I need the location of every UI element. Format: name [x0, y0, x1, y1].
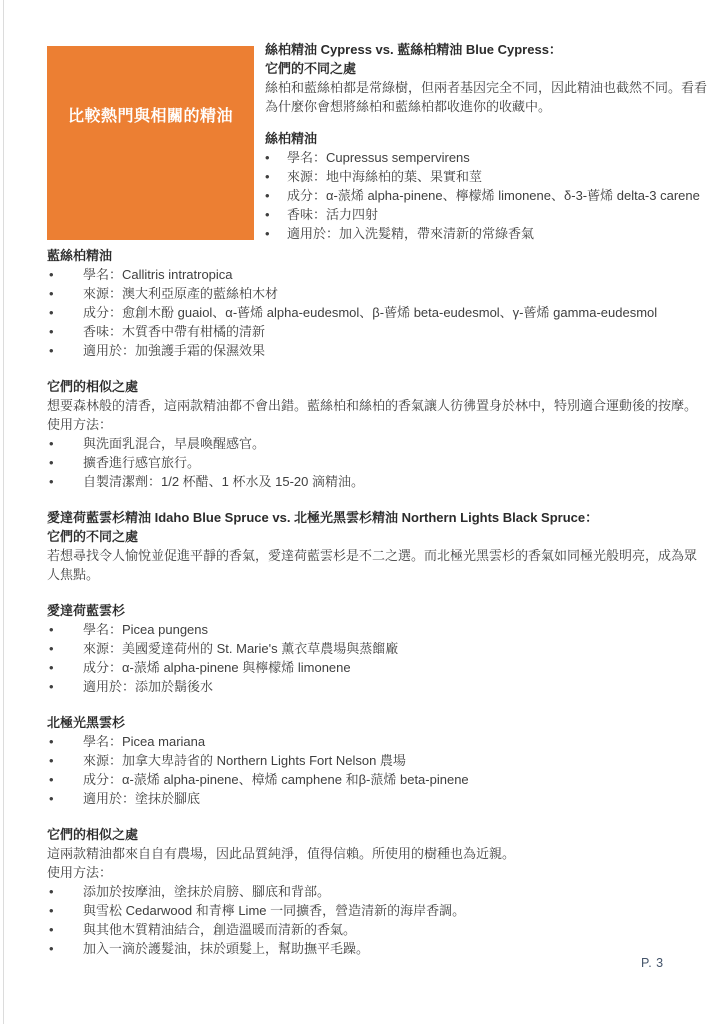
- page-number: P. 3: [641, 956, 664, 970]
- bullet-icon: •: [47, 434, 83, 453]
- paragraph: 想要森林般的清香，這兩款精油都不會出錯。藍絲柏和絲柏的香氣讓人彷彿置身於林中，特…: [47, 396, 705, 415]
- bullet-icon: •: [47, 341, 83, 360]
- list-item: •成分：α-蒎烯 alpha-pinene、樟烯 camphene 和β-蒎烯 …: [47, 770, 705, 789]
- list-item: •學名：Cupressus sempervirens: [265, 148, 717, 167]
- bullet-icon: •: [47, 639, 83, 658]
- section-text-section: 它們的相似之處這兩款精油都來自自有農場，因此品質純淨，值得信賴。所使用的樹種也為…: [47, 825, 705, 958]
- bullet-icon: •: [47, 901, 83, 920]
- bullet-list: •學名：Picea pungens•來源：美國愛達荷州的 St. Marie's…: [47, 620, 705, 696]
- list-item: •添加於按摩油，塗抹於肩膀、腳底和背部。: [47, 882, 705, 901]
- list-item-text: 適用於：加入洗髮精，帶來清新的常綠香氣: [287, 224, 534, 243]
- list-item: •香味：活力四射: [265, 205, 717, 224]
- section-heading: 愛達荷藍雲杉精油 Idaho Blue Spruce vs. 北極光黑雲杉精油 …: [47, 508, 705, 527]
- list-item-text: 來源：澳大利亞原產的藍絲柏木材: [83, 284, 278, 303]
- bullet-icon: •: [265, 224, 287, 243]
- list-item: •香味：木質香中帶有柑橘的清新: [47, 322, 705, 341]
- bullet-icon: •: [47, 322, 83, 341]
- bullet-icon: •: [265, 167, 287, 186]
- bullet-icon: •: [265, 186, 287, 205]
- bullet-list: •學名：Picea mariana•來源：加拿大卑詩省的 Northern Li…: [47, 732, 705, 808]
- differences-subheading: 它們的不同之處: [265, 59, 717, 78]
- paragraph: 使用方法：: [47, 415, 705, 434]
- cypress-subsection: 絲柏精油 •學名：Cupressus sempervirens•來源：地中海絲柏…: [265, 129, 717, 243]
- section-heading: 藍絲柏精油: [47, 246, 705, 265]
- section-heading: 北極光黑雲杉: [47, 713, 705, 732]
- list-item-text: 來源：地中海絲柏的葉、果實和莖: [287, 167, 482, 186]
- list-item-text: 學名：Picea mariana: [83, 732, 205, 751]
- bullet-list: •學名：Callitris intratropica•來源：澳大利亞原產的藍絲柏…: [47, 265, 705, 360]
- bullet-icon: •: [47, 732, 83, 751]
- bullet-icon: •: [265, 148, 287, 167]
- list-item: •來源：地中海絲柏的葉、果實和莖: [265, 167, 717, 186]
- list-item-text: 擴香進行感官旅行。: [83, 453, 200, 472]
- bullet-icon: •: [47, 453, 83, 472]
- list-item-text: 學名：Cupressus sempervirens: [287, 148, 470, 167]
- differences-subheading: 它們的不同之處: [47, 527, 705, 546]
- category-banner: 比較熱門與相關的精油: [47, 46, 254, 240]
- list-item: •學名：Picea mariana: [47, 732, 705, 751]
- bullet-list: •學名：Cupressus sempervirens•來源：地中海絲柏的葉、果實…: [265, 148, 717, 243]
- list-item: •加入一滴於護髮油，抹於頭髮上，幫助撫平毛躁。: [47, 939, 705, 958]
- list-item: •與洗面乳混合，早晨喚醒感官。: [47, 434, 705, 453]
- intro-column: 絲柏精油 Cypress vs. 藍絲柏精油 Blue Cypress： 它們的…: [265, 40, 717, 243]
- list-item: •學名：Picea pungens: [47, 620, 705, 639]
- list-item: •成分：α-蒎烯 alpha-pinene 與檸檬烯 limonene: [47, 658, 705, 677]
- list-item: •擴香進行感官旅行。: [47, 453, 705, 472]
- list-item-text: 成分：α-蒎烯 alpha-pinene、樟烯 camphene 和β-蒎烯 b…: [83, 770, 469, 789]
- paragraph: 若想尋找令人愉悅並促進平靜的香氣，愛達荷藍雲杉是不二之選。而北極光黑雲杉的香氣如…: [47, 546, 705, 584]
- bullet-icon: •: [47, 620, 83, 639]
- bullet-icon: •: [265, 205, 287, 224]
- list-item: •自製清潔劑：1/2 杯醋、1 杯水及 15-20 滴精油。: [47, 472, 705, 491]
- section-list-section: 藍絲柏精油•學名：Callitris intratropica•來源：澳大利亞原…: [47, 246, 705, 360]
- list-item-text: 適用於：塗抹於腳底: [83, 789, 200, 808]
- compare-heading: 絲柏精油 Cypress vs. 藍絲柏精油 Blue Cypress：: [265, 40, 717, 59]
- list-item-text: 來源：美國愛達荷州的 St. Marie's 薰衣草農場與蒸餾廠: [83, 639, 398, 658]
- bullet-icon: •: [47, 658, 83, 677]
- section-heading: 愛達荷藍雲杉: [47, 601, 705, 620]
- list-item-text: 學名：Picea pungens: [83, 620, 208, 639]
- bullet-icon: •: [47, 882, 83, 901]
- list-item: •適用於：塗抹於腳底: [47, 789, 705, 808]
- bullet-icon: •: [47, 789, 83, 808]
- bullet-icon: •: [47, 284, 83, 303]
- paragraph: 這兩款精油都來自自有農場，因此品質純淨，值得信賴。所使用的樹種也為近親。: [47, 844, 705, 863]
- list-item: •學名：Callitris intratropica: [47, 265, 705, 284]
- section-list-section: 愛達荷藍雲杉•學名：Picea pungens•來源：美國愛達荷州的 St. M…: [47, 601, 705, 696]
- list-item: •與雪松 Cedarwood 和青檸 Lime 一同擴香，營造清新的海岸香調。: [47, 901, 705, 920]
- list-item: •適用於：加入洗髮精，帶來清新的常綠香氣: [265, 224, 717, 243]
- bullet-icon: •: [47, 751, 83, 770]
- list-item: •成分：α-蒎烯 alpha-pinene、檸檬烯 limonene、δ-3-蒈…: [265, 186, 717, 205]
- list-item-text: 自製清潔劑：1/2 杯醋、1 杯水及 15-20 滴精油。: [83, 472, 364, 491]
- list-item-text: 香味：木質香中帶有柑橘的清新: [83, 322, 265, 341]
- list-item: •成分：愈創木酚 guaiol、α-蒈烯 alpha-eudesmol、β-蒈烯…: [47, 303, 705, 322]
- list-item: •來源：加拿大卑詩省的 Northern Lights Fort Nelson …: [47, 751, 705, 770]
- list-item: •適用於：添加於鬍後水: [47, 677, 705, 696]
- bullet-list: •添加於按摩油，塗抹於肩膀、腳底和背部。•與雪松 Cedarwood 和青檸 L…: [47, 882, 705, 958]
- list-item-text: 適用於：添加於鬍後水: [83, 677, 213, 696]
- list-item-text: 添加於按摩油，塗抹於肩膀、腳底和背部。: [83, 882, 330, 901]
- list-item-text: 與雪松 Cedarwood 和青檸 Lime 一同擴香，營造清新的海岸香調。: [83, 901, 465, 920]
- page-left-edge: [3, 0, 4, 1024]
- paragraph: 絲柏和藍絲柏都是常綠樹，但兩者基因完全不同，因此精油也截然不同。看看為什麼你會想…: [265, 78, 717, 116]
- list-item-text: 來源：加拿大卑詩省的 Northern Lights Fort Nelson 農…: [83, 751, 406, 770]
- document-body: 藍絲柏精油•學名：Callitris intratropica•來源：澳大利亞原…: [47, 246, 705, 958]
- list-item: •來源：澳大利亞原產的藍絲柏木材: [47, 284, 705, 303]
- paragraph: 使用方法：: [47, 863, 705, 882]
- bullet-icon: •: [47, 920, 83, 939]
- list-item-text: 與洗面乳混合，早晨喚醒感官。: [83, 434, 265, 453]
- section-heading: 絲柏精油: [265, 129, 717, 148]
- bullet-icon: •: [47, 472, 83, 491]
- list-item: •適用於：加強護手霜的保濕效果: [47, 341, 705, 360]
- list-item-text: 成分：α-蒎烯 alpha-pinene 與檸檬烯 limonene: [83, 658, 351, 677]
- list-item-text: 香味：活力四射: [287, 205, 378, 224]
- bullet-list: •與洗面乳混合，早晨喚醒感官。•擴香進行感官旅行。•自製清潔劑：1/2 杯醋、1…: [47, 434, 705, 491]
- section-heading: 它們的相似之處: [47, 377, 705, 396]
- list-item: •來源：美國愛達荷州的 St. Marie's 薰衣草農場與蒸餾廠: [47, 639, 705, 658]
- list-item-text: 成分：α-蒎烯 alpha-pinene、檸檬烯 limonene、δ-3-蒈烯…: [287, 186, 700, 205]
- list-item-text: 與其他木質精油結合，創造溫暖而清新的香氣。: [83, 920, 356, 939]
- banner-title: 比較熱門與相關的精油: [68, 103, 233, 126]
- bullet-icon: •: [47, 770, 83, 789]
- section-list-section: 北極光黑雲杉•學名：Picea mariana•來源：加拿大卑詩省的 North…: [47, 713, 705, 808]
- section-text-section: 它們的相似之處想要森林般的清香，這兩款精油都不會出錯。藍絲柏和絲柏的香氣讓人彷彿…: [47, 377, 705, 491]
- section-heading: 它們的相似之處: [47, 825, 705, 844]
- list-item-text: 適用於：加強護手霜的保濕效果: [83, 341, 265, 360]
- list-item: •與其他木質精油結合，創造溫暖而清新的香氣。: [47, 920, 705, 939]
- section-compare-section: 愛達荷藍雲杉精油 Idaho Blue Spruce vs. 北極光黑雲杉精油 …: [47, 508, 705, 584]
- bullet-icon: •: [47, 265, 83, 284]
- list-item-text: 成分：愈創木酚 guaiol、α-蒈烯 alpha-eudesmol、β-蒈烯 …: [83, 303, 657, 322]
- list-item-text: 加入一滴於護髮油，抹於頭髮上，幫助撫平毛躁。: [83, 939, 369, 958]
- bullet-icon: •: [47, 939, 83, 958]
- bullet-icon: •: [47, 677, 83, 696]
- bullet-icon: •: [47, 303, 83, 322]
- list-item-text: 學名：Callitris intratropica: [83, 265, 233, 284]
